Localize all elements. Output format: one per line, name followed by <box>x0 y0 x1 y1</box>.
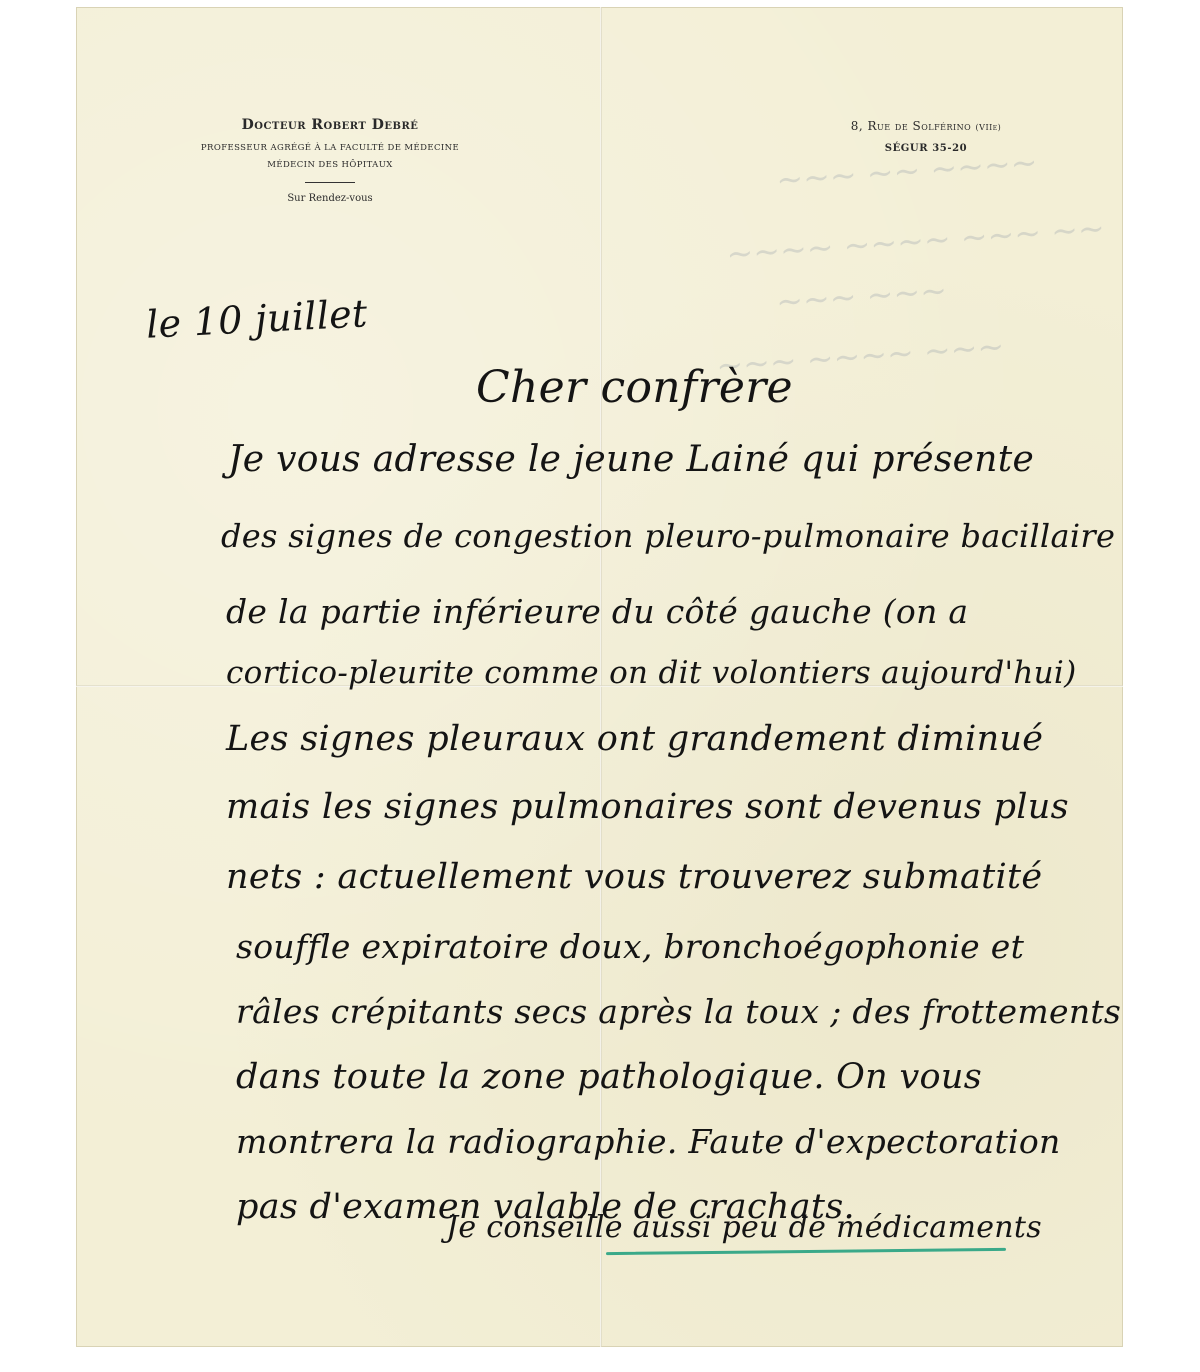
letter-line: dans toute la zone pathologique. On vous <box>236 1057 982 1097</box>
letter-paper: ~~~ ~~ ~~~~ ~~~~ ~~~~ ~~~ ~~ ~~~ ~~~ ~~~… <box>76 7 1123 1347</box>
letterhead-left: Docteur Robert Debré PROFESSEUR AGRÉGÉ À… <box>150 117 510 204</box>
letter-line: nets : actuellement vous trouverez subma… <box>226 857 1042 897</box>
salutation: Cher confrère <box>476 362 793 413</box>
arrondissement: (VIIe) <box>976 123 1002 132</box>
letter-line: mais les signes pulmonaires sont devenus… <box>226 787 1069 827</box>
letter-line: de la partie inférieure du côté gauche (… <box>226 592 968 631</box>
letterhead-right: 8, Rue de Solférino (VIIe) SÉGUR 35-20 <box>806 119 1046 154</box>
address: 8, Rue de Solférino (VIIe) <box>806 119 1046 133</box>
letter-date: le 10 juillet <box>145 291 369 347</box>
letter-line: cortico-pleurite comme on dit volontiers… <box>226 655 1076 691</box>
doctor-title-faculty: PROFESSEUR AGRÉGÉ À LA FACULTÉ DE MÉDECI… <box>150 143 510 153</box>
letter-line: Les signes pleuraux ont grandement dimin… <box>226 719 1043 759</box>
doctor-title-hospital: MÉDECIN DES HÔPITAUX <box>150 160 510 170</box>
letter-line: des signes de congestion pleuro-pulmonai… <box>221 517 1115 555</box>
bleed-through-text: ~~~~ ~~~~ ~~~ ~~ <box>725 209 1106 273</box>
doctor-name: Docteur Robert Debré <box>150 117 510 133</box>
telephone: SÉGUR 35-20 <box>806 143 1046 154</box>
letter-line: Je conseille aussi peu de médicaments <box>446 1210 1042 1245</box>
letterhead-divider <box>305 182 355 183</box>
letter-line: Je vous adresse le jeune Lainé qui prése… <box>228 439 1034 480</box>
letter-line: râles crépitants secs après la toux ; de… <box>236 992 1121 1031</box>
green-underline <box>606 1248 1006 1255</box>
street-address: 8, Rue de Solférino <box>851 119 972 133</box>
letter-line: montrera la radiographie. Faute d'expect… <box>236 1122 1061 1161</box>
letter-line: souffle expiratoire doux, bronchoégophon… <box>236 927 1024 966</box>
bleed-through-text: ~~~ ~~~ <box>775 271 948 321</box>
appointment-note: Sur Rendez-vous <box>150 193 510 204</box>
